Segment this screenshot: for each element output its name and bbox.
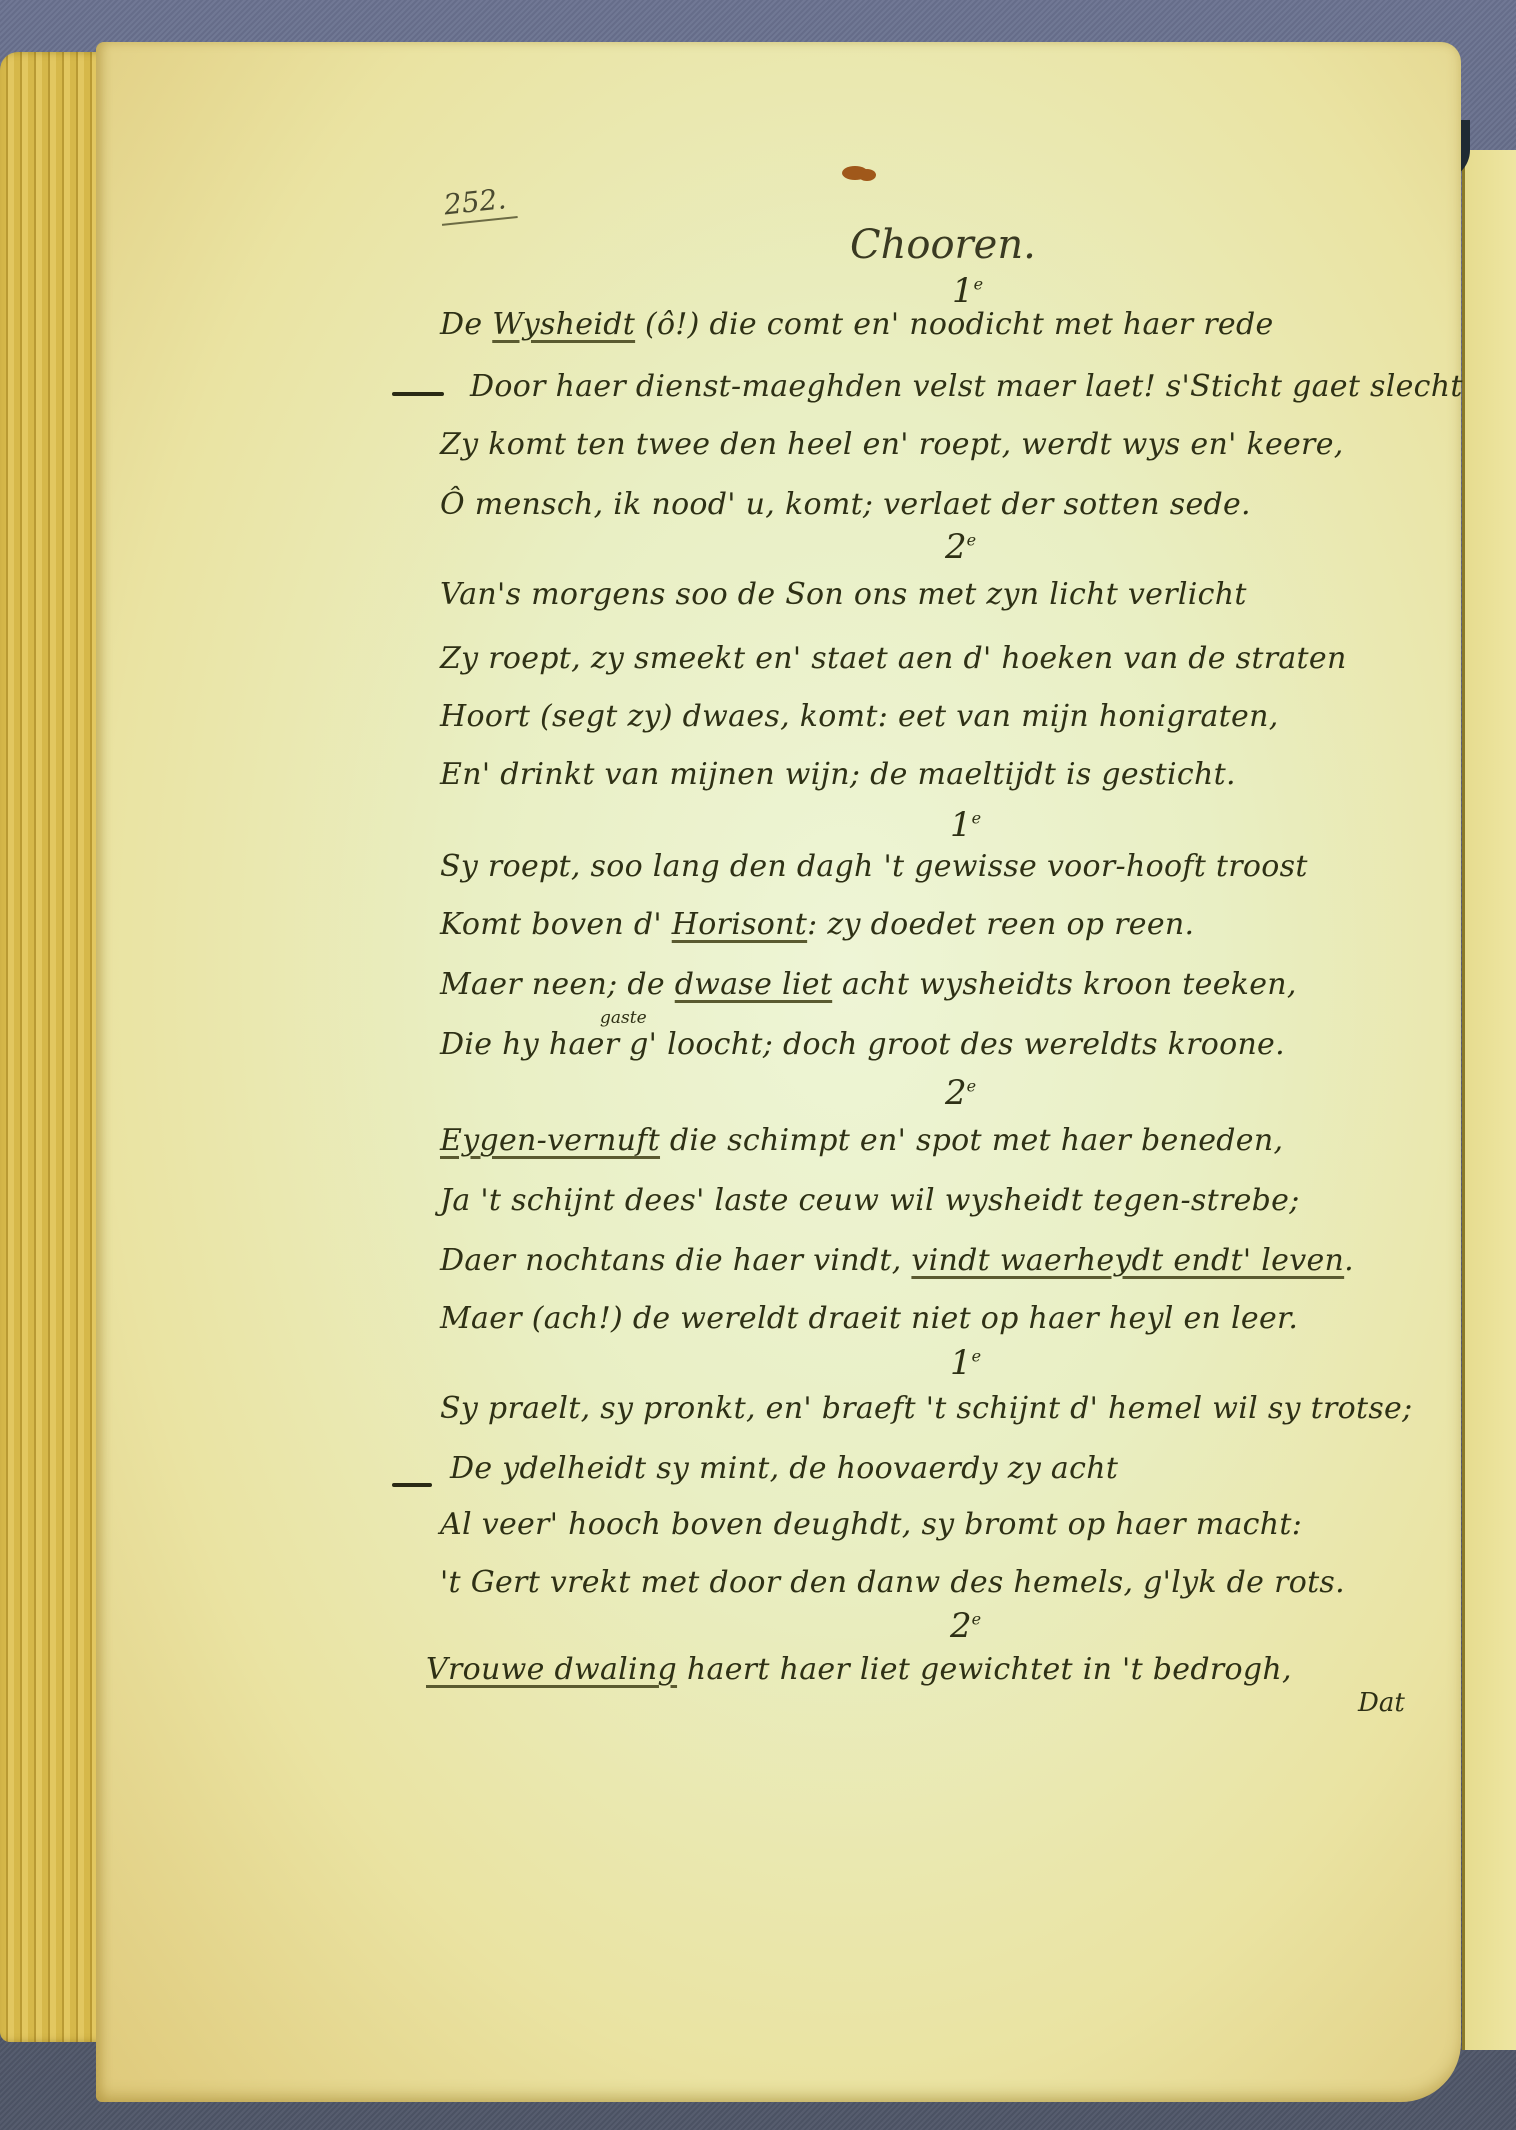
verse-line: Hoort (segt zy) dwaes, komt: eet van mij… xyxy=(440,702,1279,732)
stanza: 1e De Wysheidt (ô!) die comt en' noodich… xyxy=(440,300,1460,540)
verse-line: Vrouwe dwaling haert haer liet gewichtet… xyxy=(426,1655,1292,1685)
underlined-phrase: Vrouwe dwaling xyxy=(426,1652,677,1687)
page-stack-edges xyxy=(0,52,110,2042)
stanza: 2e Eygen-vernuft die schimpt en' spot me… xyxy=(440,1090,1460,1330)
stanza-number: 2 xyxy=(945,1073,967,1113)
margin-flourish xyxy=(392,392,444,396)
page-title: Chooren. xyxy=(850,222,1036,268)
verse-line: Maer neen; de dwase liet acht wysheidts … xyxy=(440,970,1297,1000)
stanza: 2e Vrouwe dwaling haert haer liet gewich… xyxy=(440,1615,1460,1715)
stanza-number: 1 xyxy=(950,1343,972,1383)
stanza-number: 2 xyxy=(945,527,967,567)
stanza-marker: 1e xyxy=(952,274,983,308)
verse-line: Sy praelt, sy pronkt, en' braeft 't schi… xyxy=(440,1394,1413,1424)
verse-line: Maer (ach!) de wereldt draeit niet op ha… xyxy=(440,1304,1298,1334)
facing-page-edge xyxy=(1462,150,1516,2050)
stanza-marker: 2e xyxy=(945,530,976,564)
underlined-phrase: Horisont xyxy=(672,907,807,942)
stanza-number: 1 xyxy=(950,805,972,845)
verse-line: Komt boven d' Horisont: zy doedet reen o… xyxy=(440,910,1194,940)
verse-line: Zy roept, zy smeekt en' staet aen d' hoe… xyxy=(440,644,1347,674)
verse-line: De ydelheidt sy mint, de hoovaerdy zy ac… xyxy=(450,1454,1118,1484)
underlined-phrase: Wysheidt xyxy=(492,307,635,342)
stanza-marker: 2e xyxy=(950,1609,981,1643)
underlined-phrase: vindt waerheydt endt' leven xyxy=(911,1243,1344,1278)
ink-stain xyxy=(858,169,876,181)
stanza-ordinal: e xyxy=(967,531,976,550)
verse-line: Zy komt ten twee den heel en' roept, wer… xyxy=(440,430,1344,460)
verse-line: Al veer' hooch boven deughdt, sy bromt o… xyxy=(440,1510,1302,1540)
stanza-number: 1 xyxy=(952,271,974,311)
stanza-ordinal: e xyxy=(972,809,981,828)
stanza-number: 2 xyxy=(950,1606,972,1646)
underlined-phrase: dwase liet xyxy=(675,967,832,1002)
stanza-ordinal: e xyxy=(974,275,983,294)
verse-line: Eygen-vernuft die schimpt en' spot met h… xyxy=(440,1126,1283,1156)
catchword: Dat xyxy=(1358,1688,1405,1718)
margin-flourish xyxy=(392,1483,432,1487)
verse-line: Ja 't schijnt dees' laste ceuw wil wyshe… xyxy=(440,1186,1300,1216)
verse-line: Door haer dienst-maeghden velst maer lae… xyxy=(470,372,1463,402)
interlinear-insertion: gaste xyxy=(600,1010,647,1027)
stanza-ordinal: e xyxy=(967,1077,976,1096)
verse-line: Die hy haer g' loocht; doch groot des we… xyxy=(440,1030,1285,1060)
stanza: 1e Sy roept, soo lang den dagh 't gewiss… xyxy=(440,820,1460,1060)
verse-line: Daer nochtans die haer vindt, vindt waer… xyxy=(440,1246,1354,1276)
verse-line: En' drinkt van mijnen wijn; de maeltijdt… xyxy=(440,760,1236,790)
verse-line: Sy roept, soo lang den dagh 't gewisse v… xyxy=(440,852,1308,882)
stanza-marker: 1e xyxy=(950,808,981,842)
verse-line: Van's morgens soo de Son ons met zyn lic… xyxy=(440,580,1247,610)
stanza-ordinal: e xyxy=(972,1610,981,1629)
stanza-marker: 2e xyxy=(945,1076,976,1110)
stanza-ordinal: e xyxy=(972,1347,981,1366)
stanza: 1e Sy praelt, sy pronkt, en' braeft 't s… xyxy=(440,1350,1460,1590)
underlined-phrase: Eygen-vernuft xyxy=(440,1123,660,1158)
stanza-marker: 1e xyxy=(950,1346,981,1380)
verse-line: Ô mensch, ik nood' u, komt; verlaet der … xyxy=(440,490,1251,520)
verse-line: De Wysheidt (ô!) die comt en' noodicht m… xyxy=(440,310,1274,340)
stanza: 2e Van's morgens soo de Son ons met zyn … xyxy=(440,560,1460,800)
verse-line: 't Gert vrekt met door den danw des heme… xyxy=(440,1568,1345,1598)
